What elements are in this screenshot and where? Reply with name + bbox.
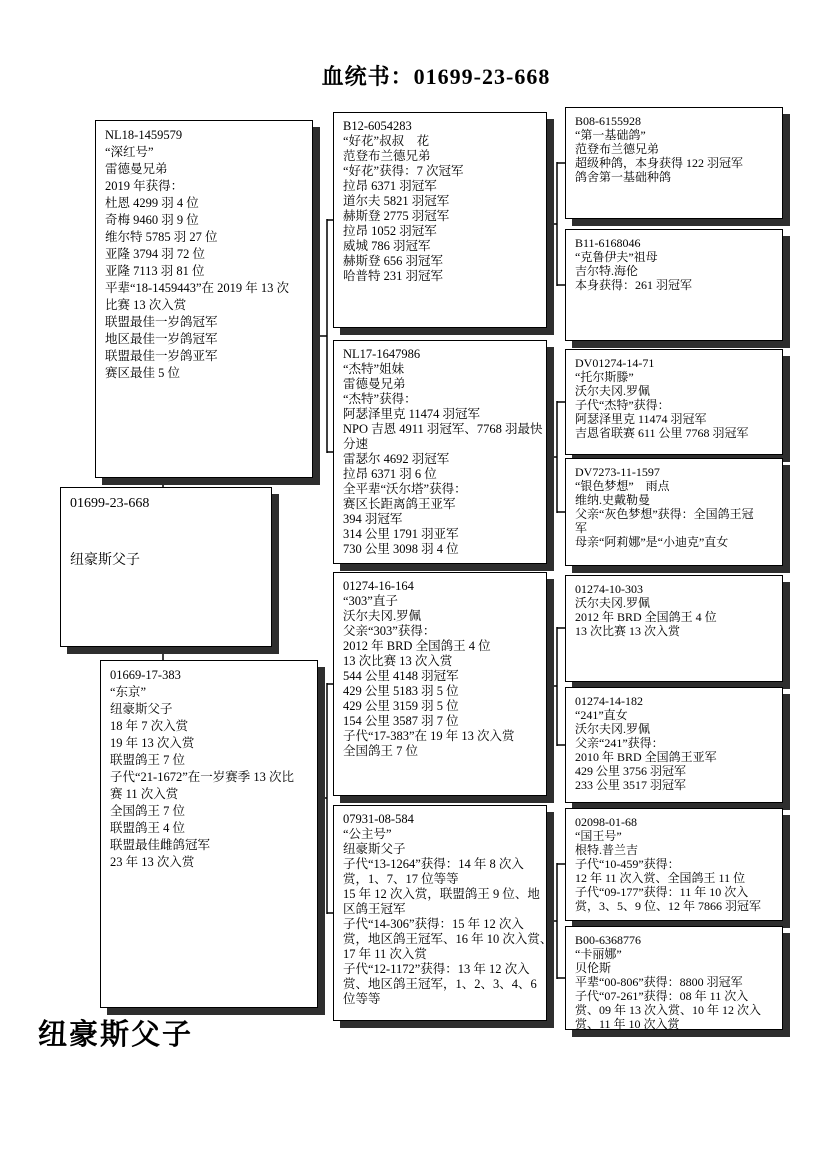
text-line: “第一基础鸽” [575,128,773,142]
text-line: “好花”获得：7 次冠军 [343,164,537,179]
text-line: 01274-14-182 [575,694,773,708]
text-line: 赫斯登 2775 羽冠军 [343,209,537,224]
text-line: 区鸽王冠军 [343,902,537,917]
text-line: “国王号” [575,829,773,843]
text-line: 亚隆 7113 羽 81 位 [105,263,303,280]
text-line: 赏、11 年 10 次入赏 [575,1017,773,1031]
text-line: 雷瑟尔 4692 羽冠军 [343,452,537,467]
text-line: 亚隆 3794 羽 72 位 [105,246,303,263]
text-line: 维纳.史戴勒曼 [575,493,773,507]
box-sire: NL18-1459579“深红号”雷德曼兄弟2019 年获得：杜恩 4299 羽… [95,120,313,478]
text-line: 02098-01-68 [575,815,773,829]
text-line: 18 年 7 次入赏 [110,718,308,735]
text-line: 本身获得：261 羽冠军 [575,278,773,292]
text-line: “卡丽娜” [575,947,773,961]
text-line: 联盟最佳一岁鸽冠军 [105,314,303,331]
box-dam-sire-dam: 01274-14-182“241”直女沃尔夫冈.罗佩父亲“241”获得：2010… [565,687,783,803]
text-line: 赛区最佳 5 位 [105,365,303,382]
text-line: 拉昂 6371 羽 6 位 [343,467,537,482]
text-line: “克鲁伊夫”祖母 [575,250,773,264]
text-line: 子代“12-1172”获得：13 年 12 次入 [343,962,537,977]
text-line [70,513,262,532]
text-line: 赫斯登 656 羽冠军 [343,254,537,269]
text-line: 纽豪斯父子 [110,701,308,718]
text-line: 01274-16-164 [343,579,537,594]
text-line: 分速 [343,437,537,452]
text-line: “241”直女 [575,708,773,722]
text-line: “杰特”姐妹 [343,362,537,377]
text-line: B12-6054283 [343,119,537,134]
text-line: 2012 年 BRD 全国鸽王 4 位 [343,639,537,654]
text-line: 2010 年 BRD 全国鸽王亚军 [575,750,773,764]
text-line: 赏、09 年 13 次入赏、10 年 12 次入 [575,1003,773,1017]
text-line: 拉昂 1052 羽冠军 [343,224,537,239]
text-line: 赏，3、5、9 位、12 年 7866 羽冠军 [575,899,773,913]
text-line: 07931-08-584 [343,812,537,827]
text-line: 联盟鸽王 7 位 [110,752,308,769]
text-line: 15 年 12 次入赏，联盟鸽王 9 位、地 [343,887,537,902]
box-dam-sire: 01274-16-164“303”直子沃尔夫冈.罗佩父亲“303”获得：2012… [333,572,547,796]
text-line: 威城 786 羽冠军 [343,239,537,254]
text-line: 奇梅 9460 羽 9 位 [105,212,303,229]
text-line: 吉尔特.海伦 [575,264,773,278]
text-line: 杜恩 4299 羽 4 位 [105,195,303,212]
text-line: 赏，1、7、17 位等等 [343,872,537,887]
text-line: 联盟最佳雌鸽冠军 [110,837,308,854]
text-line: DV7273-11-1597 [575,465,773,479]
text-line: 父亲“303”获得： [343,624,537,639]
text-line: 雷德曼兄弟 [105,161,303,178]
text-line: 544 公里 4148 羽冠军 [343,669,537,684]
text-line: 子代“17-383”在 19 年 13 次入赏 [343,729,537,744]
box-sire-sire: B12-6054283“好花”叔叔 花范登布兰德兄弟“好花”获得：7 次冠军拉昂… [333,112,547,328]
text-line: 鸽舍第一基础种鸽 [575,170,773,184]
box-sire-sire-sire: B08-6155928“第一基础鸽”范登布兰德兄弟超级种鸽，本身获得 122 羽… [565,107,783,219]
text-line: 沃尔夫冈.罗佩 [343,609,537,624]
text-line: 地区最佳一岁鸽冠军 [105,331,303,348]
footer-loft-name: 纽豪斯父子 [38,1012,193,1053]
text-line: 13 次比赛 13 次入赏 [575,624,773,638]
text-line: 01274-10-303 [575,582,773,596]
text-line: 429 公里 3756 羽冠军 [575,764,773,778]
text-line: 233 公里 3517 羽冠军 [575,778,773,792]
text-line: 12 年 11 次入赏、全国鸽王 11 位 [575,871,773,885]
text-line: 全国鸽王 7 位 [110,803,308,820]
pedigree-page: 血统书：01699-23-668 [0,0,820,1159]
text-line: 全国鸽王 7 位 [343,744,537,759]
text-line: 子代“14-306”获得：15 年 12 次入 [343,917,537,932]
text-line: 根特.普兰吉 [575,843,773,857]
text-line: DV01274-14-71 [575,356,773,370]
text-line: 范登布兰德兄弟 [343,149,537,164]
text-line: 赏，地区鸽王冠军、16 年 10 次入赏、 [343,932,537,947]
text-line: 2012 年 BRD 全国鸽王 4 位 [575,610,773,624]
text-line: 范登布兰德兄弟 [575,142,773,156]
text-line: 子代“21-1672”在一岁赛季 13 次比 [110,769,308,786]
box-dam-dam-dam: B00-6368776“卡丽娜”贝伦斯平辈“00-806”获得：8800 羽冠军… [565,926,783,1030]
text-line: 赛区长距离鸽王亚军 [343,497,537,512]
text-line: 吉恩省联赛 611 公里 7768 羽冠军 [575,426,773,440]
text-line: 超级种鸽，本身获得 122 羽冠军 [575,156,773,170]
text-line: 17 年 11 次入赏 [343,947,537,962]
text-line: 贝伦斯 [575,961,773,975]
text-line: 军 [575,521,773,535]
text-line: 维尔特 5785 羽 27 位 [105,229,303,246]
text-line: B08-6155928 [575,114,773,128]
text-line: 位等等 [343,992,537,1007]
text-line: “公主号” [343,827,537,842]
box-dam-dam: 07931-08-584“公主号”纽豪斯父子子代“13-1264”获得：14 年… [333,805,547,1021]
box-sire-dam: NL17-1647986“杰特”姐妹雷德曼兄弟“杰特”获得：阿瑟泽里克 1147… [333,340,547,564]
text-line: 429 公里 3159 羽 5 位 [343,699,537,714]
text-line: NL18-1459579 [105,127,303,144]
text-line: 314 公里 1791 羽亚军 [343,527,537,542]
box-subject: 01699-23-668纽豪斯父子 [60,487,272,647]
text-line: “好花”叔叔 花 [343,134,537,149]
text-line: 赛 11 次入赏 [110,786,308,803]
text-line: “银色梦想” 雨点 [575,479,773,493]
text-line: NL17-1647986 [343,347,537,362]
text-line: “深红号” [105,144,303,161]
text-line: 哈普特 231 羽冠军 [343,269,537,284]
text-line: 联盟鸽王 4 位 [110,820,308,837]
text-line: 子代“13-1264”获得：14 年 8 次入 [343,857,537,872]
text-line: 纽豪斯父子 [343,842,537,857]
text-line: 19 年 13 次入赏 [110,735,308,752]
text-line: 平辈“00-806”获得：8800 羽冠军 [575,975,773,989]
text-line: 道尔夫 5821 羽冠军 [343,194,537,209]
text-line: 赏、地区鸽王冠军，1、2、3、4、6 [343,977,537,992]
text-line: 沃尔夫冈.罗佩 [575,384,773,398]
text-line: B00-6368776 [575,933,773,947]
text-line: 子代“杰特”获得： [575,398,773,412]
box-dam-dam-sire: 02098-01-68“国王号”根特.普兰吉子代“10-459”获得：12 年 … [565,808,783,921]
text-line: 平辈“18-1459443”在 2019 年 13 次 [105,280,303,297]
box-dam-sire-sire: 01274-10-303沃尔夫冈.罗佩2012 年 BRD 全国鸽王 4 位13… [565,575,783,682]
text-line: 母亲“阿莉娜”是“小迪克”直女 [575,535,773,549]
text-line: 纽豪斯父子 [70,551,262,570]
box-sire-sire-dam: B11-6168046“克鲁伊夫”祖母吉尔特.海伦本身获得：261 羽冠军 [565,229,783,341]
text-line: 父亲“241”获得： [575,736,773,750]
text-line: 联盟最佳一岁鸽亚军 [105,348,303,365]
text-line: 13 次比赛 13 次入赏 [343,654,537,669]
text-line: NPO 吉恩 4911 羽冠军、7768 羽最快 [343,422,537,437]
text-line: 01669-17-383 [110,667,308,684]
text-line: B11-6168046 [575,236,773,250]
box-dam: 01669-17-383“东京”纽豪斯父子18 年 7 次入赏19 年 13 次… [100,660,318,1008]
text-line: 沃尔夫冈.罗佩 [575,722,773,736]
text-line [70,532,262,551]
text-line: “东京” [110,684,308,701]
text-line: “杰特”获得： [343,392,537,407]
text-line: 拉昂 6371 羽冠军 [343,179,537,194]
text-line: 雷德曼兄弟 [343,377,537,392]
text-line: 父亲“灰色梦想”获得：全国鸽王冠 [575,507,773,521]
box-sire-dam-dam: DV7273-11-1597“银色梦想” 雨点维纳.史戴勒曼父亲“灰色梦想”获得… [565,458,783,566]
text-line: 730 公里 3098 羽 4 位 [343,542,537,557]
text-line: 阿瑟泽里克 11474 羽冠军 [575,412,773,426]
text-line: 429 公里 5183 羽 5 位 [343,684,537,699]
text-line: 比赛 13 次入赏 [105,297,303,314]
text-line: 394 羽冠军 [343,512,537,527]
text-line: 全平辈“沃尔塔”获得： [343,482,537,497]
text-line: 子代“10-459”获得： [575,857,773,871]
text-line: “托尔斯滕” [575,370,773,384]
text-line: 子代“09-177”获得：11 年 10 次入 [575,885,773,899]
text-line: 子代“07-261”获得：08 年 11 次入 [575,989,773,1003]
text-line: “303”直子 [343,594,537,609]
text-line: 沃尔夫冈.罗佩 [575,596,773,610]
text-line: 23 年 13 次入赏 [110,854,308,871]
text-line: 阿瑟泽里克 11474 羽冠军 [343,407,537,422]
text-line: 2019 年获得： [105,178,303,195]
text-line: 154 公里 3587 羽 7 位 [343,714,537,729]
text-line: 01699-23-668 [70,494,262,513]
box-sire-dam-sire: DV01274-14-71“托尔斯滕”沃尔夫冈.罗佩子代“杰特”获得：阿瑟泽里克… [565,349,783,455]
